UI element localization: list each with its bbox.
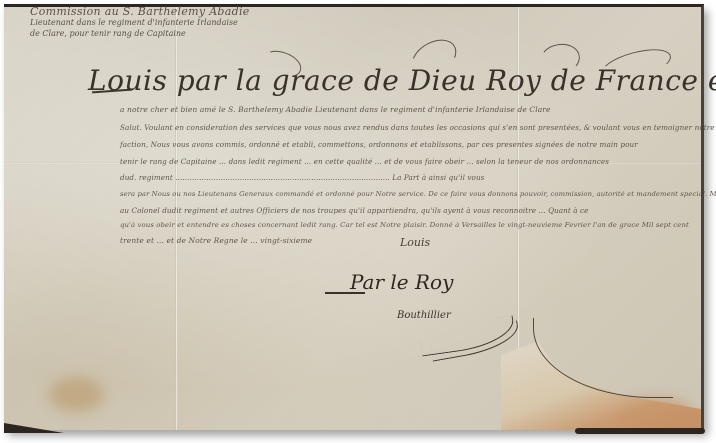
par-le-roy-text: Par le Roy <box>350 270 453 294</box>
body-line-9: trente et ... et de Notre Regne le ... v… <box>120 236 312 245</box>
torn-edge-shadow-right <box>575 428 705 434</box>
corner-annotation: Commission au S. Barthelemy Abadie Lieut… <box>30 6 250 39</box>
body-line-2: Salut. Voulant en consideration des serv… <box>120 123 716 132</box>
stain-lower-left <box>49 377 104 412</box>
secretary-signature: Bouthillier <box>397 310 451 321</box>
body-line-5: dud. regiment ..........................… <box>120 173 484 182</box>
body-line-8: qu'à vous obeir et entendre es choses co… <box>120 221 689 229</box>
king-signature: Louis <box>400 236 430 249</box>
body-line-1: a notre cher et bien amé le S. Barthelem… <box>120 105 551 114</box>
body-line-4: tenir le rang de Capitaine ... dans ledi… <box>120 157 609 166</box>
document-photo: Commission au S. Barthelemy Abadie Lieut… <box>0 0 716 443</box>
body-line-3: faction, Nous vous avons commis, ordonné… <box>120 140 638 149</box>
document-title: Louis par la grace de Dieu Roy de France… <box>88 64 716 97</box>
body-line-6: sera par Nous ou nos Lieutenans Generaux… <box>120 190 716 198</box>
body-line-7: au Colonel dudit regiment et autres Offi… <box>120 206 589 215</box>
corner-note-line-1: Commission au S. Barthelemy Abadie <box>30 6 250 17</box>
corner-note-line-3: de Clare, pour tenir rang de Capitaine <box>30 28 250 39</box>
corner-note-line-2: Lieutenant dans le regiment d'infanterie… <box>30 17 250 28</box>
